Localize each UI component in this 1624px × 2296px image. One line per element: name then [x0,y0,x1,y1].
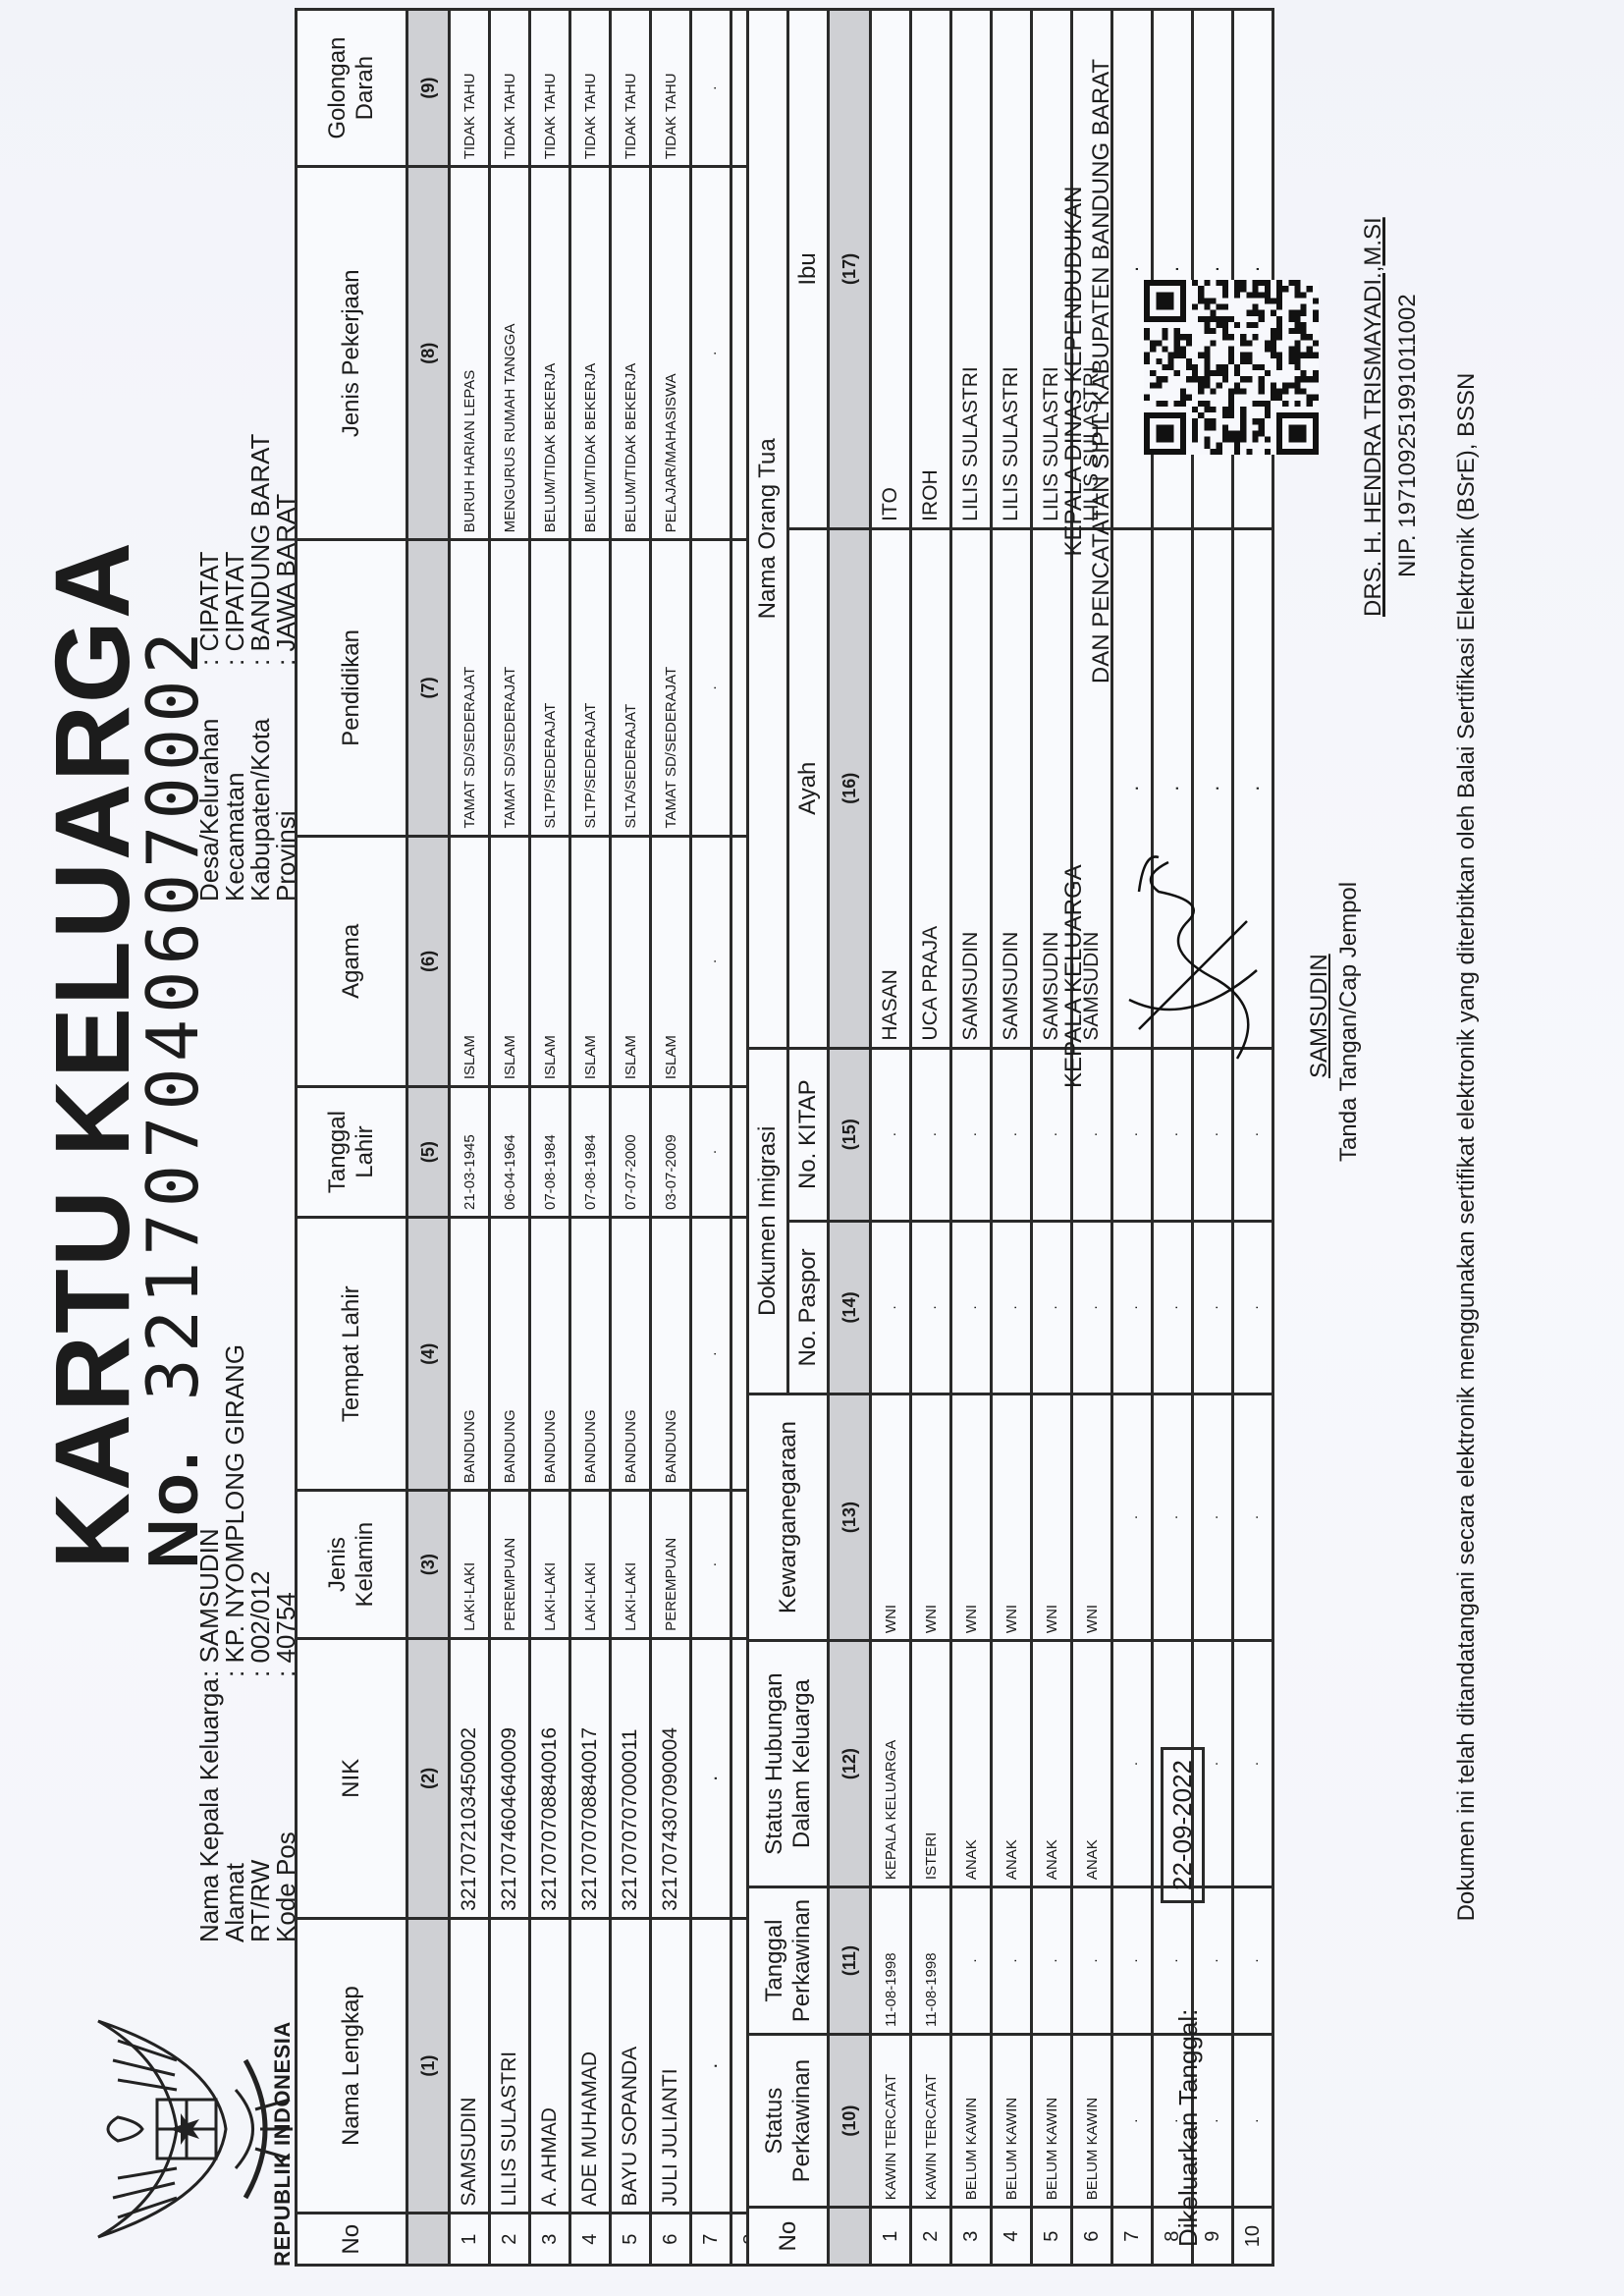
table-cell: 07-08-1984 [570,1087,611,1218]
table-cell: . [1112,1641,1153,1887]
info-row: RT/RW: 002/012 [247,1344,273,1942]
table-cell: ISLAM [570,836,611,1087]
table-cell: TIDAK TAHU [611,10,651,167]
column-header: Jenis Pekerjaan [297,167,407,540]
table-cell: . [1153,1221,1193,1394]
signature-caption: Tanda Tangan/Cap Jempol [1335,882,1363,1162]
table-cell: . [951,1221,992,1394]
table-cell: ITO [871,10,911,529]
table-cell: SAMSUDIN [951,528,992,1048]
head-of-family-name: SAMSUDIN [1306,954,1333,1078]
table-cell: 3217072103450002 [450,1638,490,1918]
table-cell: ISLAM [530,836,570,1087]
issuing-office-line2: DAN PENCATATAN SIPIL KABUPATEN BANDUNG B… [1088,57,1115,685]
column-header: Tempat Lahir [297,1218,407,1491]
table-cell: . [1072,1887,1112,2035]
table-cell: WNI [1072,1394,1112,1641]
table-cell: TIDAK TAHU [570,10,611,167]
table-cell: . [691,10,731,167]
table-cell: BANDUNG [611,1218,651,1491]
issued-date-value: 22-09-2022 [1161,1747,1205,1903]
table-cell: . [1112,1887,1153,2035]
column-number: (7) [407,540,450,836]
table-cell: . [691,540,731,836]
column-header: Agama [297,836,407,1087]
table-cell: 07-08-1984 [530,1087,570,1218]
issuing-office: KEPALA DINAS KEPENDUDUKAN DAN PENCATATAN… [1060,57,1115,685]
table-cell: . [1233,2035,1273,2208]
family-card-document: REPUBLIK INDONESIA KARTU KELUARGA No. 32… [0,0,1624,2296]
table-cell: ISTERI [911,1641,951,1887]
table-cell: ISLAM [651,836,691,1087]
info-row: Desa/Kelurahan: CIPATAT [196,434,222,902]
table-cell: 21-03-1945 [450,1087,490,1218]
table-cell: LAKI-LAKI [530,1491,570,1638]
row-number: 7 [691,2214,731,2266]
info-label: Kecamatan [222,666,247,902]
table-cell: BURUH HARIAN LEPAS [450,167,490,540]
table-cell: SLTP/SEDERAJAT [570,540,611,836]
row-number: 1 [871,2208,911,2266]
table-cell: BANDUNG [651,1218,691,1491]
table-cell: . [911,1048,951,1221]
column-number: (6) [407,836,450,1087]
table-cell: JULI JULIANTI [651,1918,691,2214]
table-cell: BELUM/TIDAK BEKERJA [530,167,570,540]
table-cell: WNI [992,1394,1032,1641]
table-row: 5BAYU SOPANDA3217070707000011LAKI-LAKIBA… [611,10,651,2266]
table-cell: ADE MUHAMAD [570,1918,611,2214]
table-cell: LILIS SULASTRI [992,10,1032,529]
table-cell: 06-04-1964 [490,1087,530,1218]
row-number: 3 [530,2214,570,2266]
table-row: 2LILIS SULASTRI3217074604640009PEREMPUAN… [490,10,530,2266]
row-number: 5 [1032,2208,1072,2266]
household-info: Nama Kepala Keluarga: SAMSUDIN Alamat: K… [196,1344,298,1942]
table-cell: LAKI-LAKI [450,1491,490,1638]
table-cell: . [992,1887,1032,2035]
table-row: 7......... [691,10,731,2266]
table-cell: . [951,1887,992,2035]
row-number: 3 [951,2208,992,2266]
table-cell: BANDUNG [530,1218,570,1491]
table-cell: . [691,836,731,1087]
table-cell: KAWIN TERCATAT [911,2035,951,2208]
info-row: Alamat: KP. NYOMPLONG GIRANG [222,1344,247,1942]
group-header-immigration: Dokumen Imigrasi [748,1048,788,1394]
table-cell: BELUM KAWIN [951,2035,992,2208]
column-header: NIK [297,1638,407,1918]
table-cell: TIDAK TAHU [490,10,530,167]
table-cell: . [992,1221,1032,1394]
row-number: 6 [1072,2208,1112,2266]
table-cell: BELUM/TIDAK BEKERJA [570,167,611,540]
table-cell: UCA PRAJA [911,528,951,1048]
region-info: Desa/Kelurahan: CIPATAT Kecamatan: CIPAT… [196,434,298,902]
table-cell: ISLAM [490,836,530,1087]
table-cell: WNI [951,1394,992,1641]
column-number: (17) [829,10,871,529]
info-value: : SAMSUDIN [196,1528,222,1677]
table-cell: . [951,1048,992,1221]
info-label: Alamat [222,1677,247,1942]
table-cell: TAMAT SD/SEDERAJAT [450,540,490,836]
column-number [829,2208,871,2266]
row-number: 1 [450,2214,490,2266]
table-row: 6JULI JULIANTI3217074307090004PEREMPUANB… [651,10,691,2266]
table-cell: . [1112,2035,1153,2208]
table-cell: PEREMPUAN [651,1491,691,1638]
row-number: 4 [570,2214,611,2266]
document-title: KARTU KELUARGA [39,540,145,1569]
table-cell: . [691,167,731,540]
column-header: Tanggal Lahir [297,1087,407,1218]
table-cell: . [1072,1221,1112,1394]
column-header: No. Paspor [788,1221,829,1394]
table-cell: 3217070708840016 [530,1638,570,1918]
table-cell: TIDAK TAHU [450,10,490,167]
table-cell: 11-08-1998 [911,1887,951,2035]
table-cell: SAMSUDIN [450,1918,490,2214]
table-row: 2KAWIN TERCATAT11-08-1998ISTERIWNI..UCA … [911,10,951,2266]
table-cell: 03-07-2009 [651,1087,691,1218]
row-number: 6 [651,2214,691,2266]
table-cell: WNI [911,1394,951,1641]
table-cell: BELUM KAWIN [992,2035,1032,2208]
column-header: Ibu [788,10,829,529]
column-number: (4) [407,1218,450,1491]
table-cell: LILIS SULASTRI [951,10,992,529]
info-label: Kabupaten/Kota [247,666,273,902]
table-cell: . [691,1087,731,1218]
table-cell: LAKI-LAKI [570,1491,611,1638]
table-cell: ANAK [992,1641,1032,1887]
group-header-parents: Nama Orang Tua [748,10,788,1049]
column-number: (11) [829,1887,871,2035]
row-number: 10 [1233,2208,1273,2266]
electronic-signature-note: Dokumen ini telah ditandatangani secara … [1453,47,1481,2247]
table-cell: BAYU SOPANDA [611,1918,651,2214]
info-label: RT/RW [247,1677,273,1942]
column-header: Status Hubungan Dalam Keluarga [748,1641,829,1887]
table-cell: HASAN [871,528,911,1048]
table-cell: 3217074604640009 [490,1638,530,1918]
column-header: Tanggal Perkawinan [748,1887,829,2035]
table-cell: . [1032,1221,1072,1394]
table-cell: KEPALA KELUARGA [871,1641,911,1887]
row-number: 2 [490,2214,530,2266]
table-cell: ANAK [1072,1641,1112,1887]
table-cell: ISLAM [450,836,490,1087]
table-header-row: NoNama LengkapNIKJenis KelaminTempat Lah… [297,10,407,2266]
issuing-office-line1: KEPALA DINAS KEPENDUDUKAN [1060,57,1088,685]
table-cell: TAMAT SD/SEDERAJAT [490,540,530,836]
table-cell: . [871,1048,911,1221]
column-header: Kewarganegaraan [748,1394,829,1641]
table-cell: . [1153,1394,1193,1641]
table-cell: 11-08-1998 [871,1887,911,2035]
column-header: No [748,2208,829,2266]
table-cell: . [1233,1641,1273,1887]
table-row: 3BELUM KAWIN.ANAKWNI..SAMSUDINLILIS SULA… [951,10,992,2266]
table-cell: . [1193,1394,1233,1641]
table-cell: BELUM/TIDAK BEKERJA [611,167,651,540]
head-of-family-label: KEPALA KELUARGA [1060,864,1088,1088]
table-row: 4ADE MUHAMAD3217070708840017LAKI-LAKIBAN… [570,10,611,2266]
table-cell: . [691,1638,731,1918]
issued-date-label: Dikeluarkan Tanggal: [1173,2009,1204,2247]
info-value: : KP. NYOMPLONG GIRANG [222,1344,247,1677]
row-number: 5 [611,2214,651,2266]
table-cell: PEREMPUAN [490,1491,530,1638]
column-number [407,2214,450,2266]
column-number: (10) [829,2035,871,2208]
info-label: Nama Kepala Keluarga [196,1677,222,1942]
table-cell: A. AHMAD [530,1918,570,2214]
table-cell: . [1112,1221,1153,1394]
table-cell: 3217074307090004 [651,1638,691,1918]
info-label: Desa/Kelurahan [196,666,222,902]
table-cell: . [1112,1394,1153,1641]
column-header: Nama Lengkap [297,1918,407,2214]
column-number: (15) [829,1048,871,1221]
column-header: Golongan Darah [297,10,407,167]
table-cell: PELAJAR/MAHASISWA [651,167,691,540]
table-cell: . [911,1221,951,1394]
table-cell: 3217070707000011 [611,1638,651,1918]
row-number: 4 [992,2208,1032,2266]
column-header: No. KITAP [788,1048,829,1221]
column-number: (3) [407,1491,450,1638]
column-header: Jenis Kelamin [297,1491,407,1638]
table-cell: . [1233,1887,1273,2035]
table-cell: SAMSUDIN [992,528,1032,1048]
table-cell: . [691,1218,731,1491]
info-row: Kabupaten/Kota: BANDUNG BARAT [247,434,273,902]
official-nip: NIP. 197109251991011002 [1394,294,1422,577]
info-value: : 002/012 [247,1571,273,1677]
table-cell: . [691,1491,731,1638]
info-row: Nama Kepala Keluarga: SAMSUDIN [196,1344,222,1942]
table-cell: BANDUNG [450,1218,490,1491]
table-cell: ANAK [1032,1641,1072,1887]
table-cell: BANDUNG [570,1218,611,1491]
table-cell: SLTA/SEDERAJAT [611,540,651,836]
country-label: REPUBLIK INDONESIA [270,2021,296,2267]
table-cell: 07-07-2000 [611,1087,651,1218]
table-cell: . [1032,1887,1072,2035]
column-number: (9) [407,10,450,167]
info-value: : CIPATAT [196,551,222,666]
signature-icon [1100,833,1276,1088]
table-cell: BELUM KAWIN [1032,2035,1072,2208]
column-number: (16) [829,528,871,1048]
row-number: 7 [1112,2208,1153,2266]
table-cell: . [1193,1221,1233,1394]
table-cell: LAKI-LAKI [611,1491,651,1638]
official-name: DRS. H. HENDRA TRISMAYADI.,M.SI [1360,217,1387,617]
info-value: : BANDUNG BARAT [247,434,273,666]
table-cell: . [992,1048,1032,1221]
table-cell: SLTP/SEDERAJAT [530,540,570,836]
column-number: (8) [407,167,450,540]
info-value: : CIPATAT [222,551,247,666]
column-number: (1) [407,1918,450,2214]
column-number: (2) [407,1638,450,1918]
table-cell: WNI [1032,1394,1072,1641]
column-number-row: (10)(11)(12)(13)(14)(15)(16)(17) [829,10,871,2266]
table-cell: TIDAK TAHU [530,10,570,167]
table-cell: . [871,1221,911,1394]
column-number-row: (1)(2)(3)(4)(5)(6)(7)(8)(9) [407,10,450,2266]
column-number: (14) [829,1221,871,1394]
column-header: Pendidikan [297,540,407,836]
table-cell: TAMAT SD/SEDERAJAT [651,540,691,836]
table-row: 3A. AHMAD3217070708840016LAKI-LAKIBANDUN… [530,10,570,2266]
column-number: (13) [829,1394,871,1641]
column-number: (12) [829,1641,871,1887]
table-cell: BELUM KAWIN [1072,2035,1112,2208]
qr-code-icon [1144,280,1319,455]
table-cell: ANAK [951,1641,992,1887]
table-cell: . [1233,1221,1273,1394]
column-header: Ayah [788,528,829,1048]
table-cell: . [691,1918,731,2214]
table-header-row: No Status Perkawinan Tanggal Perkawinan … [748,10,788,2266]
row-number: 2 [911,2208,951,2266]
column-header: No [297,2214,407,2266]
table-cell: IROH [911,10,951,529]
table-cell: 3217070708840017 [570,1638,611,1918]
column-header: Status Perkawinan [748,2035,829,2208]
garuda-emblem-icon [59,2001,295,2257]
table-cell: MENGURUS RUMAH TANGGA [490,167,530,540]
table-cell: . [1233,1394,1273,1641]
table-cell: TIDAK TAHU [651,10,691,167]
info-row: Kecamatan: CIPATAT [222,434,247,902]
table-cell: ISLAM [611,836,651,1087]
table-cell: WNI [871,1394,911,1641]
table-row: 4BELUM KAWIN.ANAKWNI..SAMSUDINLILIS SULA… [992,10,1032,2266]
column-number: (5) [407,1087,450,1218]
table-cell: BANDUNG [490,1218,530,1491]
table-row: 1KAWIN TERCATAT11-08-1998KEPALA KELUARGA… [871,10,911,2266]
table-row: 1SAMSUDIN3217072103450002LAKI-LAKIBANDUN… [450,10,490,2266]
table-cell: LILIS SULASTRI [490,1918,530,2214]
table-cell: KAWIN TERCATAT [871,2035,911,2208]
